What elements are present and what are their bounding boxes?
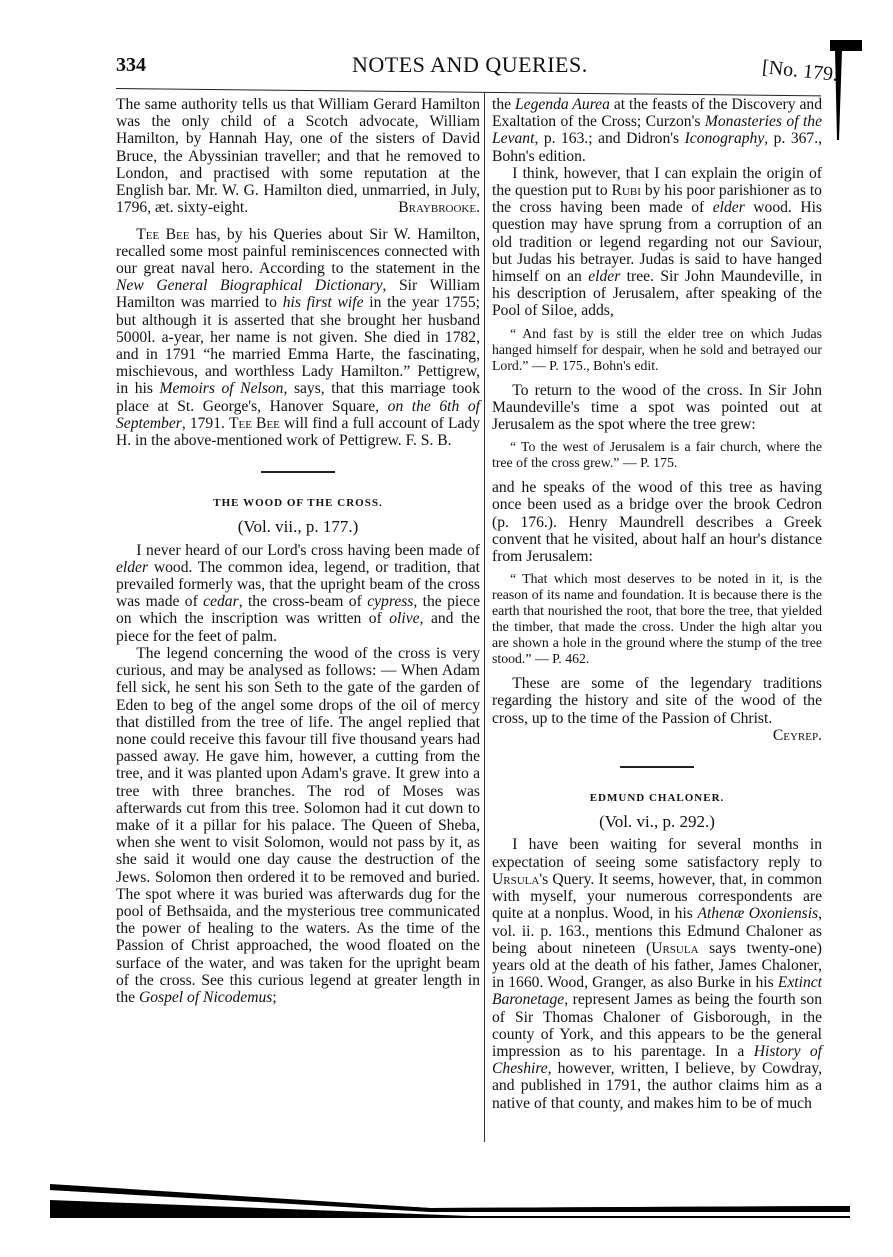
page-bottom-edge <box>50 1184 850 1218</box>
paragraph-elder-wood: I never heard of our Lord's cross having… <box>116 542 480 645</box>
paragraph-traditions: These are some of the legendary traditio… <box>492 675 822 727</box>
quote-maundeville-1: “ And fast by is still the elder tree on… <box>492 326 822 374</box>
signature-ceyrep: Ceyrep. <box>492 727 822 744</box>
page-header: 334 NOTES AND QUERIES. [No. 179. <box>116 52 836 82</box>
running-title: NOTES AND QUERIES. <box>352 52 588 78</box>
right-column: the Legenda Aurea at the feasts of the D… <box>492 96 822 1112</box>
paragraph-judas: I think, however, that I can explain the… <box>492 165 822 320</box>
paragraph-hamilton: The same authority tells us that William… <box>116 96 480 216</box>
section-heading-wood-of-cross: THE WOOD OF THE CROSS. <box>116 495 480 512</box>
paragraph-tee-bee: Tee Bee has, by his Queries about Sir W.… <box>116 226 480 450</box>
binding-edge-mark <box>828 40 864 140</box>
paragraph-bridge: and he speaks of the wood of this tree a… <box>492 479 822 565</box>
left-column: The same authority tells us that William… <box>116 96 480 1006</box>
quote-maundeville-2: “ To the west of Jerusalem is a fair chu… <box>492 439 822 471</box>
paragraph-return: To return to the wood of the cross. In S… <box>492 382 822 434</box>
section-heading-edmund-chaloner: EDMUND CHALONER. <box>492 790 822 807</box>
paragraph-legend: The legend concerning the wood of the cr… <box>116 645 480 1006</box>
section-rule <box>261 471 335 473</box>
section-reference: (Vol. vii., p. 177.) <box>116 518 480 535</box>
section-reference: (Vol. vi., p. 292.) <box>492 813 822 830</box>
section-rule <box>620 766 694 768</box>
column-divider <box>484 92 485 1142</box>
scanned-page: 334 NOTES AND QUERIES. [No. 179. The sam… <box>0 0 893 1257</box>
paragraph-legenda-aurea: the Legenda Aurea at the feasts of the D… <box>492 96 822 165</box>
quote-maundrell: “ That which most deserves to be noted i… <box>492 571 822 667</box>
paragraph-chaloner: I have been waiting for several months i… <box>492 836 822 1111</box>
page-number: 334 <box>116 54 146 77</box>
